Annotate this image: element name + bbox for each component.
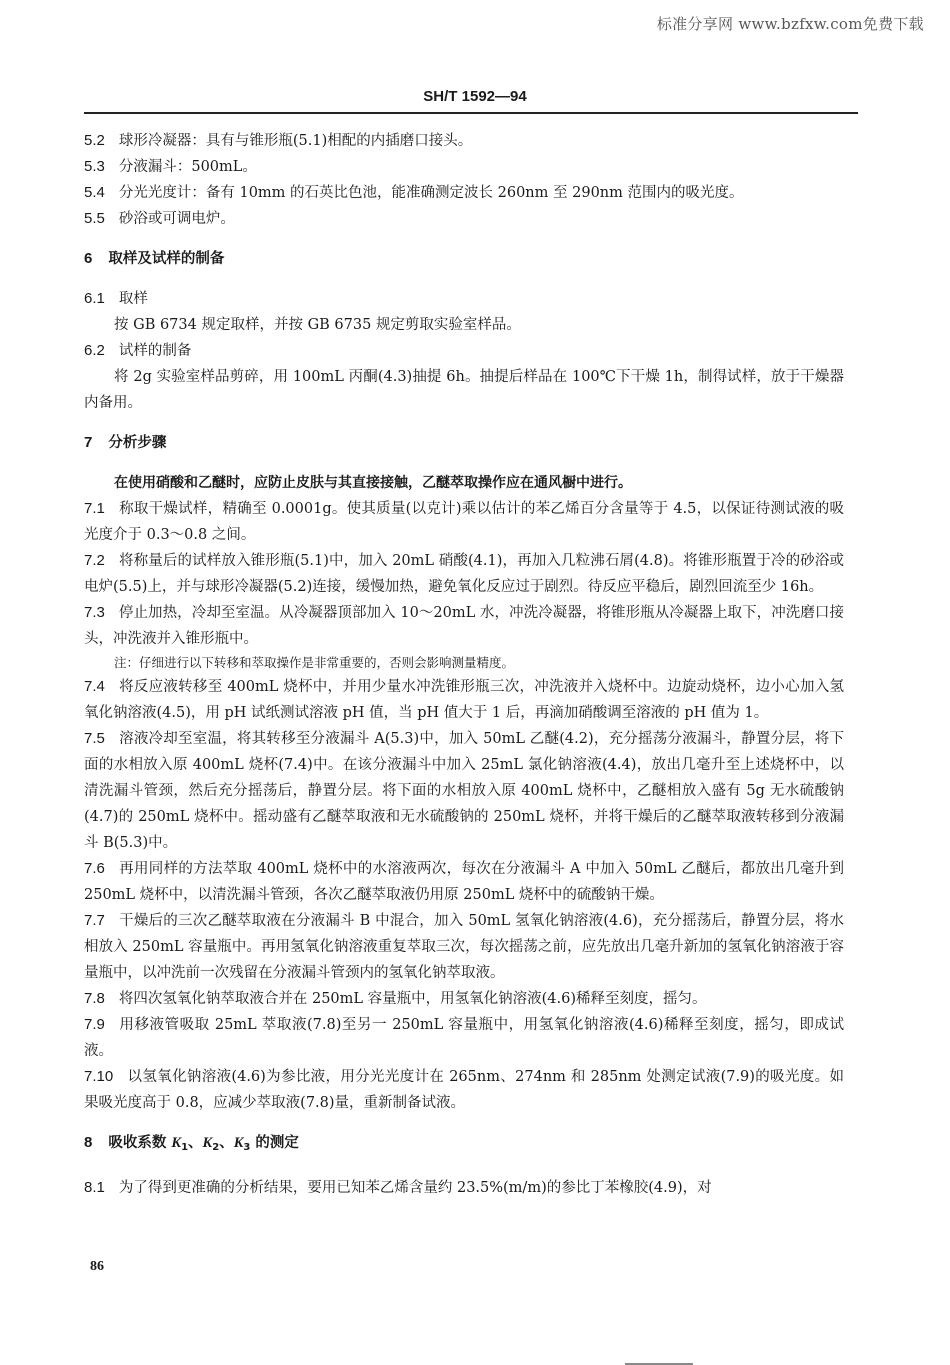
- clause-7-5: 7.5溶液冷却至室温，将其转移至分液漏斗 A(5.3)中，加入 50mL 乙醚(…: [84, 726, 844, 856]
- clause-6-2-title: 6.2试样的制备: [84, 338, 844, 364]
- clause-7-7: 7.7干燥后的三次乙醚萃取液在分液漏斗 B 中混合，加入 50mL 氢氧化钠溶液…: [84, 908, 844, 986]
- clause-7-2: 7.2将称量后的试样放入锥形瓶(5.1)中，加入 20mL 硝酸(4.1)，再加…: [84, 548, 844, 600]
- clause-5-5: 5.5砂浴或可调电炉。: [84, 206, 844, 232]
- clause-7-6: 7.6再用同样的方法萃取 400mL 烧杯中的水溶液两次，每次在分液漏斗 A 中…: [84, 856, 844, 908]
- clause-6-2-body: 将 2g 实验室样品剪碎，用 100mL 丙酮(4.3)抽提 6h。抽提后样品在…: [84, 364, 844, 416]
- watermark-text: 标准分享网 www.bzfxw.com免费下载: [657, 13, 924, 34]
- clause-7-1: 7.1称取干燥试样，精确至 0.0001g。使其质量(以克计)乘以估计的苯乙烯百…: [84, 496, 844, 548]
- clause-5-2: 5.2球形冷凝器：具有与锥形瓶(5.1)相配的内插磨口接头。: [84, 128, 844, 154]
- clause-5-3: 5.3分液漏斗：500mL。: [84, 154, 844, 180]
- clause-7-4: 7.4将反应液转移至 400mL 烧杯中，并用少量水冲洗锥形瓶三次，冲洗液并入烧…: [84, 674, 844, 726]
- clause-7-3: 7.3停止加热，冷却至室温。从冷凝器顶部加入 10～20mL 水，冲洗冷凝器，将…: [84, 600, 844, 652]
- clause-8-1: 8.1为了得到更准确的分析结果，要用已知苯乙烯含量约 23.5%(m/m)的参比…: [84, 1175, 844, 1201]
- header-divider: [84, 112, 858, 114]
- clause-7-9: 7.9用移液管吸取 25mL 萃取液(7.8)至另一 250mL 容量瓶中，用氢…: [84, 1012, 844, 1064]
- clause-6-1-body: 按 GB 6734 规定取样，并按 GB 6735 规定剪取实验室样品。: [84, 312, 844, 338]
- safety-warning: 在使用硝酸和乙醚时，应防止皮肤与其直接接触，乙醚萃取操作应在通风橱中进行。: [84, 470, 844, 496]
- section-8-heading: 8吸收系数 K1、K2、K3 的测定: [84, 1130, 844, 1161]
- section-7-heading: 7分析步骤: [84, 430, 844, 456]
- standard-code-header: SH/T 1592—94: [0, 88, 950, 105]
- page-number: 86: [90, 1259, 104, 1275]
- clause-7-8: 7.8将四次氢氧化钠萃取液合并在 250mL 容量瓶中，用氢氧化钠溶液(4.6)…: [84, 986, 844, 1012]
- procedure-note: 注：仔细进行以下转移和萃取操作是非常重要的，否则会影响测量精度。: [84, 652, 844, 674]
- clause-7-10: 7.10以氢氧化钠溶液(4.6)为参比液，用分光光度计在 265nm、274nm…: [84, 1064, 844, 1116]
- clause-5-4: 5.4分光光度计：备有 10mm 的石英比色池，能准确测定波长 260nm 至 …: [84, 180, 844, 206]
- section-6-heading: 6取样及试样的制备: [84, 246, 844, 272]
- document-body: 5.2球形冷凝器：具有与锥形瓶(5.1)相配的内插磨口接头。 5.3分液漏斗：5…: [84, 128, 844, 1201]
- clause-6-1-title: 6.1取样: [84, 286, 844, 312]
